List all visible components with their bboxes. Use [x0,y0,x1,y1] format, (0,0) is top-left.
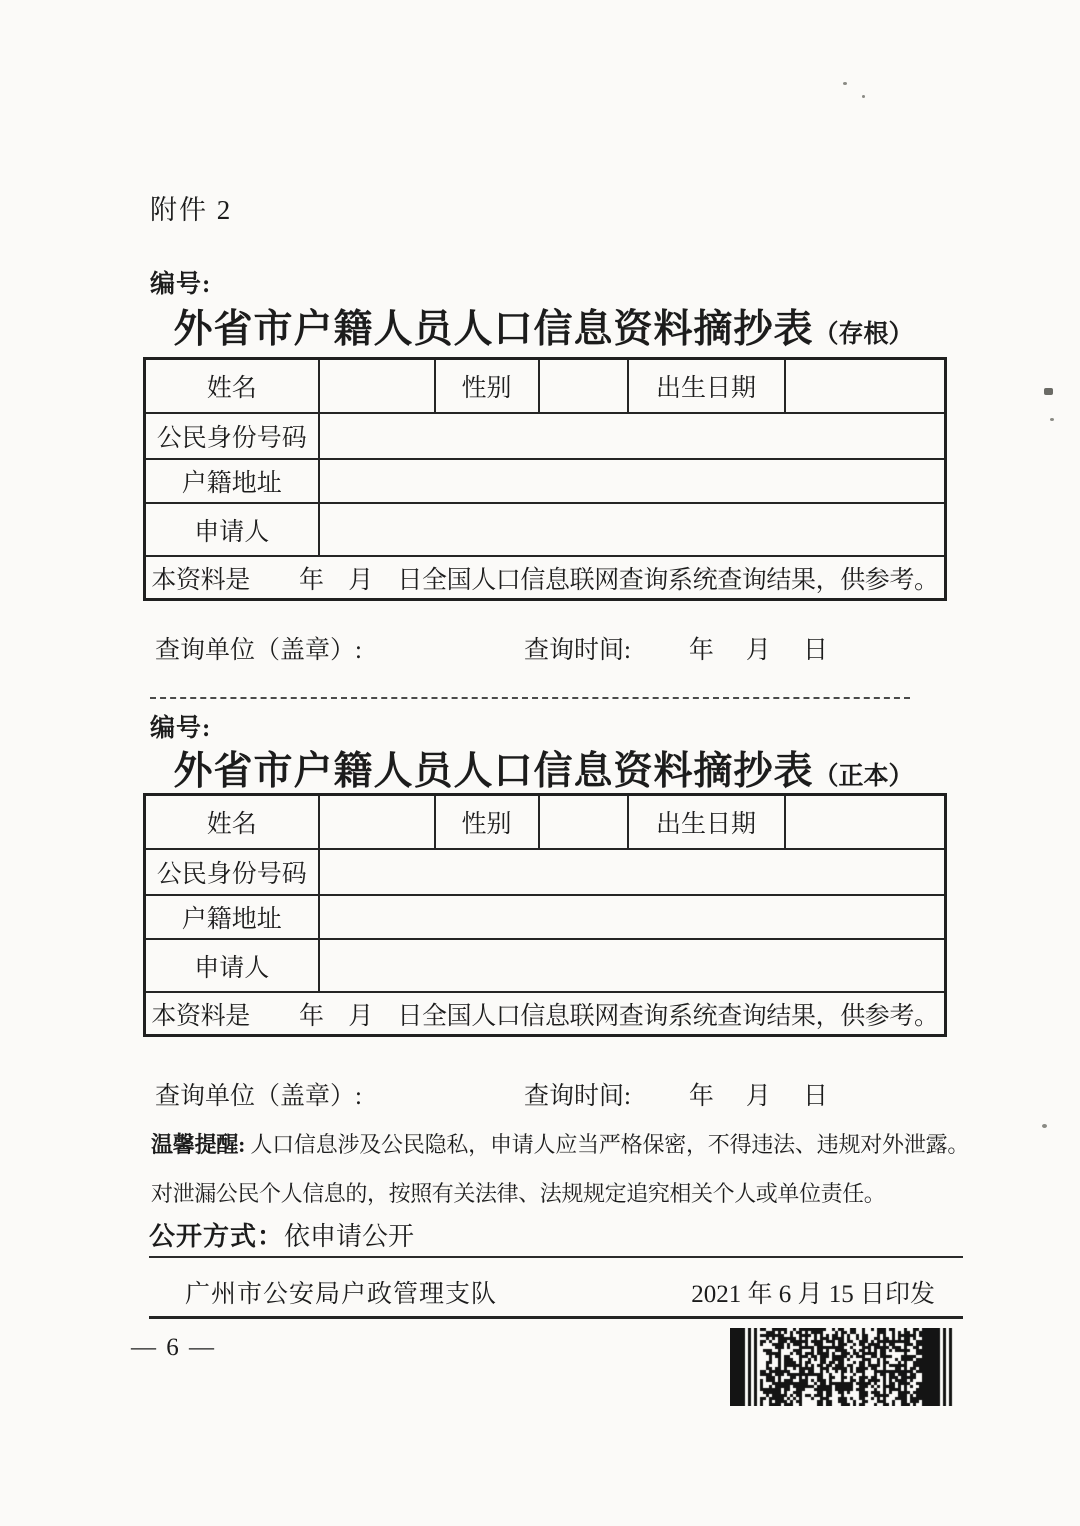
name-value-cell [319,795,435,850]
query-signature-line-original: 查询单位（盖章）:查询时间:年月日 [155,1076,945,1112]
query-unit-label: 查询单位（盖章）: [155,1083,362,1110]
population-info-table-stub: 姓名 性别 出生日期 公民身份号码 户籍地址 申请人 本资料是 年 月 日全国人… [143,357,947,601]
scan-speck [1044,388,1053,395]
scan-speck [862,95,865,98]
table-row: 姓名 性别 出生日期 [145,795,946,850]
table-row: 申请人 [145,939,946,992]
cut-line-separator [150,697,910,699]
table-row: 姓名 性别 出生日期 [145,359,946,414]
birth-date-value-cell [785,359,946,414]
month-label: 月 [746,1083,771,1110]
applicant-label: 申请人 [145,939,319,992]
birth-date-value-cell [785,795,946,850]
month-label: 月 [746,637,771,664]
table-row: 申请人 [145,503,946,556]
disclosure-method-row: 公开方式：依申请公开 [149,1216,963,1258]
applicant-label: 申请人 [145,503,319,556]
attachment-label: 附件 2 [150,188,232,227]
year-label: 年 [689,1083,714,1110]
id-number-value-cell [319,849,946,895]
applicant-value-cell [319,503,946,556]
issuing-authority: 广州市公安局户政管理支队 [149,1274,497,1310]
copy-type-original: （正本） [814,762,914,790]
reminder-label: 温馨提醒: [151,1132,245,1157]
privacy-reminder: 温馨提醒: 人口信息涉及公民隐私，申请人应当严格保密，不得违法、违规对外泄露。对… [151,1120,969,1218]
table-row: 户籍地址 [145,459,946,503]
form-title-text: 外省市户籍人员人口信息资料摘抄表 [173,750,813,793]
issue-date: 2021 年 6 月 15 日印发 [691,1274,963,1310]
disclosure-value: 依申请公开 [284,1222,414,1251]
population-info-table-original: 姓名 性别 出生日期 公民身份号码 户籍地址 申请人 本资料是 年 月 日全国人… [143,793,947,1037]
scan-speck [1050,418,1054,421]
day-label: 日 [803,1083,828,1110]
serial-number-label-stub: 编号: [150,264,211,300]
gender-value-cell [539,795,628,850]
table-row: 户籍地址 [145,895,946,939]
form-title-original: 外省市户籍人员人口信息资料摘抄表（正本） [143,740,944,796]
table-row: 公民身份号码 [145,849,946,895]
id-number-label: 公民身份号码 [145,849,319,895]
applicant-value-cell [319,939,946,992]
copy-type-stub: （存根） [814,320,914,348]
year-label: 年 [689,637,714,664]
gender-label: 性别 [435,359,539,414]
issuing-footer: 广州市公安局户政管理支队 2021 年 6 月 15 日印发 [149,1268,963,1319]
query-time-label: 查询时间: [524,637,631,664]
table-row: 本资料是 年 月 日全国人口信息联网查询系统查询结果，供参考。 [145,992,946,1036]
scan-speck [1042,1124,1047,1128]
gender-label: 性别 [435,795,539,850]
gender-value-cell [539,359,628,414]
birth-date-label: 出生日期 [628,795,785,850]
data-source-note: 本资料是 年 月 日全国人口信息联网查询系统查询结果，供参考。 [145,556,946,600]
name-value-cell [319,359,435,414]
data-source-note: 本资料是 年 月 日全国人口信息联网查询系统查询结果，供参考。 [145,992,946,1036]
table-row: 公民身份号码 [145,413,946,459]
form-title-text: 外省市户籍人员人口信息资料摘抄表 [173,308,813,351]
id-number-value-cell [319,413,946,459]
query-signature-line-stub: 查询单位（盖章）:查询时间:年月日 [155,630,945,666]
name-label: 姓名 [145,359,319,414]
serial-number-label-original: 编号: [150,708,211,744]
form-title-stub: 外省市户籍人员人口信息资料摘抄表（存根） [143,298,944,354]
day-label: 日 [803,637,828,664]
page-number: — 6 — [131,1334,216,1362]
name-label: 姓名 [145,795,319,850]
table-row: 本资料是 年 月 日全国人口信息联网查询系统查询结果，供参考。 [145,556,946,600]
address-label: 户籍地址 [145,895,319,939]
address-label: 户籍地址 [145,459,319,503]
address-value-cell [319,459,946,503]
reminder-text: 人口信息涉及公民隐私，申请人应当严格保密，不得违法、违规对外泄露。对泄漏公民个人… [151,1132,969,1206]
document-barcode [730,1328,958,1406]
query-unit-label: 查询单位（盖章）: [155,637,362,664]
address-value-cell [319,895,946,939]
birth-date-label: 出生日期 [628,359,785,414]
id-number-label: 公民身份号码 [145,413,319,459]
disclosure-label: 公开方式： [149,1222,284,1251]
scan-speck [843,82,847,85]
query-time-label: 查询时间: [524,1083,631,1110]
